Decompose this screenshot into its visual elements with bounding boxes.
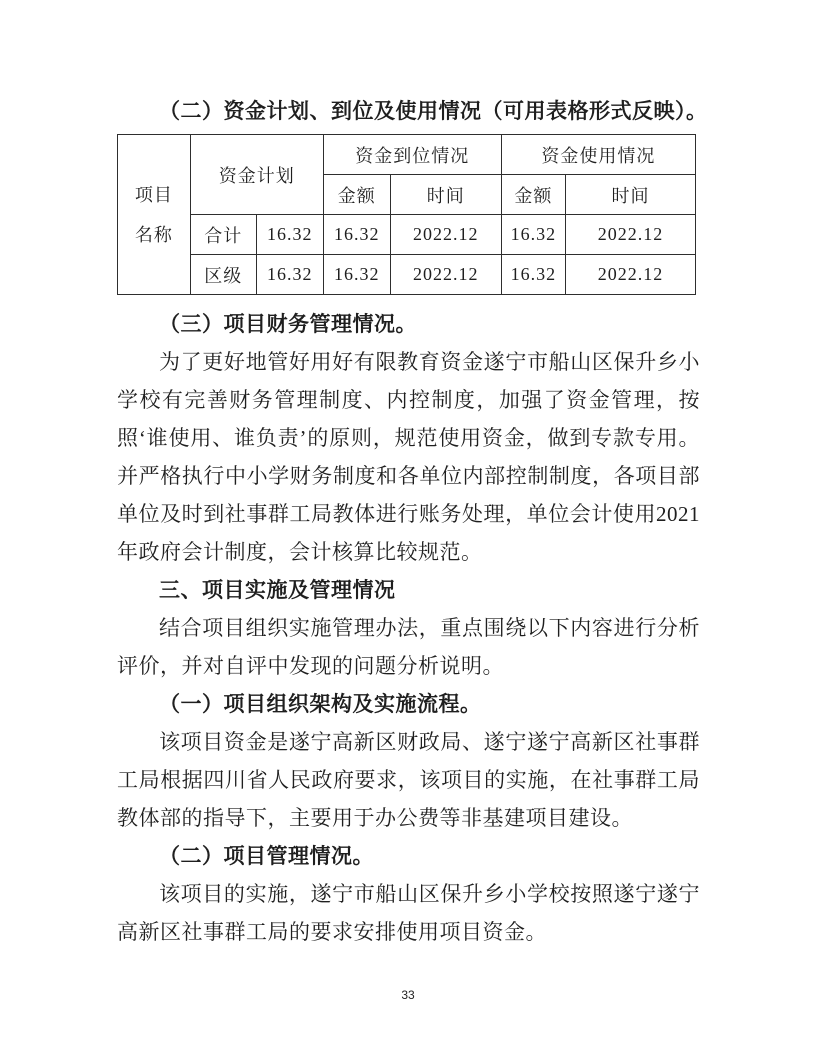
- project-name-line2: 名称: [118, 215, 190, 255]
- cell-arrival-amount-header: 金额: [323, 175, 390, 215]
- row-usage-amount: 16.32: [501, 255, 565, 295]
- heading-sub1: （一）项目组织架构及实施流程。: [117, 685, 700, 723]
- document-page: { "headings": { "section2": "（二）资金计划、到位及…: [0, 0, 816, 1056]
- heading-part3: 三、项目实施及管理情况: [117, 571, 700, 609]
- row-arrival-time: 2022.12: [390, 255, 501, 295]
- table-row-total: 合计 16.32 16.32 2022.12 16.32 2022.12: [118, 215, 696, 255]
- table-header-row-1: 项目 名称 资金计划 资金到位情况 资金使用情况: [118, 135, 696, 175]
- page-number: 33: [0, 988, 816, 1002]
- heading-section2: （二）资金计划、到位及使用情况（可用表格形式反映）。: [117, 92, 700, 130]
- row-label: 区级: [190, 255, 256, 295]
- paragraph-finance: 为了更好地管好用好有限教育资金遂宁市船山区保升乡小学校有完善财务管理制度、内控制…: [117, 343, 700, 571]
- row-usage-time: 2022.12: [565, 215, 695, 255]
- cell-arrival-time-header: 时间: [390, 175, 501, 215]
- heading-sub2: （二）项目管理情况。: [117, 837, 700, 875]
- heading-section3: （三）项目财务管理情况。: [117, 305, 700, 343]
- row-plan: 16.32: [256, 255, 323, 295]
- fund-table: 项目 名称 资金计划 资金到位情况 资金使用情况 金额 时间 金额 时间 合计 …: [117, 134, 696, 295]
- cell-usage-time-header: 时间: [565, 175, 695, 215]
- paragraph-part3-intro: 结合项目组织实施管理办法，重点围绕以下内容进行分析评价，并对自评中发现的问题分析…: [117, 609, 700, 685]
- project-name-line1: 项目: [118, 175, 190, 215]
- row-usage-amount: 16.32: [501, 215, 565, 255]
- row-label: 合计: [190, 215, 256, 255]
- row-plan: 16.32: [256, 215, 323, 255]
- cell-plan-header: 资金计划: [190, 135, 323, 215]
- table-row-district: 区级 16.32 16.32 2022.12 16.32 2022.12: [118, 255, 696, 295]
- text-block: （三）项目财务管理情况。 为了更好地管好用好有限教育资金遂宁市船山区保升乡小学校…: [117, 305, 700, 951]
- page-content: （二）资金计划、到位及使用情况（可用表格形式反映）。 项目 名称 资金计划 资金…: [117, 92, 700, 951]
- cell-usage-amount-header: 金额: [501, 175, 565, 215]
- row-arrival-time: 2022.12: [390, 215, 501, 255]
- row-arrival-amount: 16.32: [323, 255, 390, 295]
- cell-project-name: 项目 名称: [118, 135, 191, 295]
- cell-usage-header: 资金使用情况: [501, 135, 695, 175]
- paragraph-sub2: 该项目的实施，遂宁市船山区保升乡小学校按照遂宁遂宁高新区社事群工局的要求安排使用…: [117, 875, 700, 951]
- row-arrival-amount: 16.32: [323, 215, 390, 255]
- cell-arrival-header: 资金到位情况: [323, 135, 501, 175]
- paragraph-sub1: 该项目资金是遂宁高新区财政局、遂宁遂宁高新区社事群工局根据四川省人民政府要求，该…: [117, 723, 700, 837]
- row-usage-time: 2022.12: [565, 255, 695, 295]
